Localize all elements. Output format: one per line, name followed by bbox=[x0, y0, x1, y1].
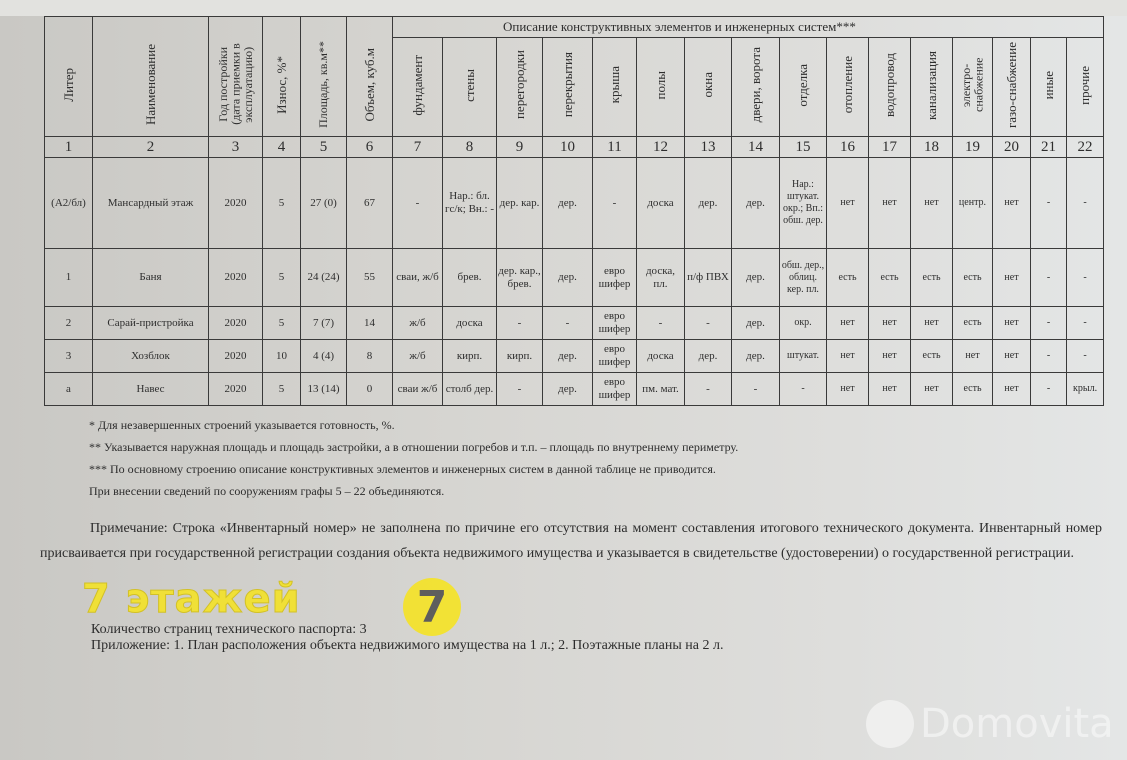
badge-digit: 7 bbox=[417, 582, 448, 633]
column-header-label: Наименование bbox=[143, 44, 159, 125]
table-cell: 1 bbox=[45, 249, 93, 307]
footnotes: * Для незавершенных строений указывается… bbox=[89, 414, 738, 502]
table-row: 2Сарай-пристройка202057 (7)14ж/бдоска--е… bbox=[45, 307, 1104, 340]
table-cell: брев. bbox=[443, 249, 497, 307]
column-number: 11 bbox=[593, 137, 637, 158]
table-cell: 0 bbox=[347, 373, 393, 406]
column-header: Литер bbox=[45, 38, 93, 137]
table-cell: нет bbox=[993, 158, 1031, 249]
table-cell: дер. bbox=[543, 373, 593, 406]
table-cell: есть bbox=[869, 249, 911, 307]
table-cell: - bbox=[497, 307, 543, 340]
column-header: крыша bbox=[593, 38, 637, 137]
table-cell: - bbox=[732, 373, 780, 406]
page-top-edge bbox=[0, 0, 1127, 16]
column-header-label: водопровод bbox=[882, 53, 898, 117]
table-cell: есть bbox=[911, 340, 953, 373]
table-cell: - bbox=[1067, 249, 1104, 307]
column-header: перекрытия bbox=[543, 38, 593, 137]
table-cell: ж/б bbox=[393, 307, 443, 340]
column-header-label: фундамент bbox=[410, 55, 426, 116]
table-cell: - bbox=[1031, 158, 1067, 249]
table-cell: дер. bbox=[543, 158, 593, 249]
table-cell: 55 bbox=[347, 249, 393, 307]
table-cell: нет bbox=[827, 340, 869, 373]
column-header-label: стены bbox=[462, 69, 478, 102]
table-cell: Навес bbox=[93, 373, 209, 406]
page-count: Количество страниц технического паспорта… bbox=[91, 622, 367, 638]
column-number: 6 bbox=[347, 137, 393, 158]
column-header: стены bbox=[443, 38, 497, 137]
column-number: 5 bbox=[301, 137, 347, 158]
table-cell: Хозблок bbox=[93, 340, 209, 373]
table-cell: дер. кар., брев. bbox=[497, 249, 543, 307]
note-paragraph: Примечание: Строка «Инвентарный номер» н… bbox=[40, 516, 1102, 566]
footnote-2: ** Указывается наружная площадь и площад… bbox=[89, 436, 738, 458]
header-spacer bbox=[45, 17, 93, 38]
table-cell: - bbox=[497, 373, 543, 406]
table-cell: Нар.: бл. гс/к; Вн.: - bbox=[443, 158, 497, 249]
table-cell: - bbox=[1067, 307, 1104, 340]
column-header-label: окна bbox=[700, 72, 716, 98]
table-cell: есть bbox=[953, 307, 993, 340]
table-cell: нет bbox=[869, 307, 911, 340]
table-cell: доска bbox=[443, 307, 497, 340]
table-cell: дер. bbox=[543, 249, 593, 307]
table-cell: есть bbox=[911, 249, 953, 307]
table-cell: нет bbox=[993, 373, 1031, 406]
column-header-row: ЛитерНаименованиеГод постройки (дата при… bbox=[45, 38, 1104, 137]
column-number: 12 bbox=[637, 137, 685, 158]
table-cell: центр. bbox=[953, 158, 993, 249]
column-header-label: Износ, %* bbox=[274, 56, 290, 114]
table-cell: доска bbox=[637, 158, 685, 249]
table-cell: 2020 bbox=[209, 373, 263, 406]
table-cell: нет bbox=[993, 249, 1031, 307]
table-cell: - bbox=[1031, 307, 1067, 340]
column-number: 16 bbox=[827, 137, 869, 158]
domovita-text: Domovita bbox=[920, 701, 1114, 747]
column-header-label: прочие bbox=[1077, 66, 1093, 105]
column-header-label: отопление bbox=[840, 56, 856, 113]
column-header: газо-снабжение bbox=[993, 38, 1031, 137]
table-cell: а bbox=[45, 373, 93, 406]
footnote-4: При внесении сведений по сооружениям гра… bbox=[89, 480, 738, 502]
column-header: полы bbox=[637, 38, 685, 137]
table-cell: 24 (24) bbox=[301, 249, 347, 307]
column-header: отопление bbox=[827, 38, 869, 137]
table-cell: нет bbox=[869, 340, 911, 373]
table-cell: нет bbox=[827, 307, 869, 340]
column-header: Износ, %* bbox=[263, 38, 301, 137]
table-row: 3Хозблок2020104 (4)8ж/бкирп.кирп.дер.евр… bbox=[45, 340, 1104, 373]
table-cell: 27 (0) bbox=[301, 158, 347, 249]
watermark-7-badge-icon: 7 bbox=[403, 578, 461, 636]
table-cell: 2020 bbox=[209, 158, 263, 249]
table-cell: евро шифер bbox=[593, 249, 637, 307]
column-number: 1 bbox=[45, 137, 93, 158]
table-cell: дер. bbox=[732, 307, 780, 340]
table-cell: 5 bbox=[263, 158, 301, 249]
column-number: 13 bbox=[685, 137, 732, 158]
header-spacer bbox=[93, 17, 209, 38]
table-cell: 10 bbox=[263, 340, 301, 373]
column-number: 9 bbox=[497, 137, 543, 158]
table-cell: нет bbox=[953, 340, 993, 373]
table-cell: ж/б bbox=[393, 340, 443, 373]
header-spacer bbox=[209, 17, 263, 38]
table-cell: 4 (4) bbox=[301, 340, 347, 373]
column-header-label: иные bbox=[1041, 71, 1057, 99]
column-header: Объем, куб.м bbox=[347, 38, 393, 137]
column-header: водопровод bbox=[869, 38, 911, 137]
table-cell: есть bbox=[953, 373, 993, 406]
column-header-label: полы bbox=[653, 71, 669, 100]
table-cell: нет bbox=[993, 340, 1031, 373]
column-number-row: 12345678910111213141516171819202122 bbox=[45, 137, 1104, 158]
column-header-label: газо-снабжение bbox=[1004, 42, 1020, 128]
table-cell: обш. дер., облиц. кер. пл. bbox=[780, 249, 827, 307]
domovita-logo-icon bbox=[866, 700, 914, 748]
column-number: 4 bbox=[263, 137, 301, 158]
table-cell: - bbox=[1031, 373, 1067, 406]
table-cell: сваи ж/б bbox=[393, 373, 443, 406]
column-header: электро-снабжение bbox=[953, 38, 993, 137]
column-header: Наименование bbox=[93, 38, 209, 137]
table-cell: Мансардный этаж bbox=[93, 158, 209, 249]
group-header-row: Описание конструктивных элементов и инже… bbox=[45, 17, 1104, 38]
table-cell: евро шифер bbox=[593, 340, 637, 373]
table-cell: дер. bbox=[732, 249, 780, 307]
table-cell: - bbox=[685, 373, 732, 406]
column-number: 8 bbox=[443, 137, 497, 158]
column-number: 18 bbox=[911, 137, 953, 158]
table-cell: доска, пл. bbox=[637, 249, 685, 307]
table-cell: 14 bbox=[347, 307, 393, 340]
table-cell: - bbox=[1031, 249, 1067, 307]
group-header: Описание конструктивных элементов и инже… bbox=[393, 17, 1104, 38]
table-cell: 2020 bbox=[209, 307, 263, 340]
table-cell: нет bbox=[911, 307, 953, 340]
table-cell: евро шифер bbox=[593, 373, 637, 406]
table-row: (А2/бл)Мансардный этаж2020527 (0)67-Нар.… bbox=[45, 158, 1104, 249]
column-header-label: Литер bbox=[61, 68, 77, 102]
table-cell: 5 bbox=[263, 373, 301, 406]
table-cell: Баня bbox=[93, 249, 209, 307]
inventory-table: Описание конструктивных элементов и инже… bbox=[44, 16, 1104, 406]
table-cell: нет bbox=[827, 373, 869, 406]
appendix-line: Приложение: 1. План расположения объекта… bbox=[91, 638, 723, 654]
table-cell: дер. bbox=[685, 340, 732, 373]
table-cell: евро шифер bbox=[593, 307, 637, 340]
column-header-label: перегородки bbox=[512, 50, 528, 119]
column-header: прочие bbox=[1067, 38, 1104, 137]
table-cell: 5 bbox=[263, 249, 301, 307]
column-number: 15 bbox=[780, 137, 827, 158]
table-cell: дер. bbox=[685, 158, 732, 249]
column-header-label: перекрытия bbox=[560, 52, 576, 117]
table-cell: - bbox=[593, 158, 637, 249]
column-number: 14 bbox=[732, 137, 780, 158]
table-cell: 2020 bbox=[209, 249, 263, 307]
column-header: иные bbox=[1031, 38, 1067, 137]
table-cell: Сарай-пристройка bbox=[93, 307, 209, 340]
column-number: 2 bbox=[93, 137, 209, 158]
header-spacer bbox=[301, 17, 347, 38]
table-cell: дер. bbox=[732, 158, 780, 249]
table-cell: окр. bbox=[780, 307, 827, 340]
column-header: окна bbox=[685, 38, 732, 137]
column-number: 10 bbox=[543, 137, 593, 158]
column-header: Площадь, кв.м** bbox=[301, 38, 347, 137]
table-cell: - bbox=[1067, 340, 1104, 373]
column-header: двери, ворота bbox=[732, 38, 780, 137]
table-cell: - bbox=[393, 158, 443, 249]
column-number: 22 bbox=[1067, 137, 1104, 158]
table-cell: Нар.: штукат. окр.; Вп.: обш. дер. bbox=[780, 158, 827, 249]
column-header: Год постройки (дата приемки в эксплуатац… bbox=[209, 38, 263, 137]
column-header-label: электро-снабжение bbox=[960, 39, 985, 131]
table-cell: сваи, ж/б bbox=[393, 249, 443, 307]
table-cell: нет bbox=[869, 158, 911, 249]
column-header: отделка bbox=[780, 38, 827, 137]
table-cell: - bbox=[543, 307, 593, 340]
column-header: канализация bbox=[911, 38, 953, 137]
table-cell: - bbox=[1031, 340, 1067, 373]
table-cell: дер. bbox=[543, 340, 593, 373]
table-cell: нет bbox=[911, 158, 953, 249]
column-header-label: крыша bbox=[607, 66, 623, 103]
table-cell: 8 bbox=[347, 340, 393, 373]
watermark-7-floors: 7 этажей bbox=[82, 576, 301, 622]
table-cell: 13 (14) bbox=[301, 373, 347, 406]
column-header-label: Площадь, кв.м** bbox=[317, 41, 330, 128]
table-cell: крыл. bbox=[1067, 373, 1104, 406]
column-number: 20 bbox=[993, 137, 1031, 158]
column-header-label: канализация bbox=[924, 51, 940, 120]
table-row: аНавес2020513 (14)0сваи ж/бстолб дер.-де… bbox=[45, 373, 1104, 406]
column-header-label: Объем, куб.м bbox=[362, 48, 378, 121]
table-cell: - bbox=[780, 373, 827, 406]
domovita-watermark: Domovita bbox=[866, 700, 1114, 748]
table-cell: 2 bbox=[45, 307, 93, 340]
table-cell: нет bbox=[869, 373, 911, 406]
table-cell: 67 bbox=[347, 158, 393, 249]
table-cell: 3 bbox=[45, 340, 93, 373]
column-number: 7 bbox=[393, 137, 443, 158]
table-cell: 2020 bbox=[209, 340, 263, 373]
table-cell: столб дер. bbox=[443, 373, 497, 406]
table-cell: есть bbox=[827, 249, 869, 307]
column-header-label: Год постройки (дата приемки в эксплуатац… bbox=[217, 36, 255, 133]
table-cell: (А2/бл) bbox=[45, 158, 93, 249]
table-cell: дер. bbox=[732, 340, 780, 373]
table-cell: п/ф ПВХ bbox=[685, 249, 732, 307]
table-cell: - bbox=[685, 307, 732, 340]
table-cell: доска bbox=[637, 340, 685, 373]
table-cell: кирп. bbox=[497, 340, 543, 373]
column-number: 19 bbox=[953, 137, 993, 158]
column-number: 21 bbox=[1031, 137, 1067, 158]
footnote-1: * Для незавершенных строений указывается… bbox=[89, 414, 738, 436]
table-cell: кирп. bbox=[443, 340, 497, 373]
table-cell: 7 (7) bbox=[301, 307, 347, 340]
table-cell: штукат. bbox=[780, 340, 827, 373]
table-cell: пм. мат. bbox=[637, 373, 685, 406]
table-cell: нет bbox=[827, 158, 869, 249]
table-cell: нет bbox=[911, 373, 953, 406]
table-cell: - bbox=[1067, 158, 1104, 249]
header-spacer bbox=[263, 17, 301, 38]
column-header-label: отделка bbox=[795, 64, 811, 107]
footnote-3: *** По основному строению описание конст… bbox=[89, 458, 738, 480]
column-header: перегородки bbox=[497, 38, 543, 137]
column-header-label: двери, ворота bbox=[748, 47, 764, 122]
column-number: 3 bbox=[209, 137, 263, 158]
table-cell: есть bbox=[953, 249, 993, 307]
column-header: фундамент bbox=[393, 38, 443, 137]
table-cell: нет bbox=[993, 307, 1031, 340]
table-cell: - bbox=[637, 307, 685, 340]
table-row: 1Баня2020524 (24)55сваи, ж/ббрев.дер. ка… bbox=[45, 249, 1104, 307]
table-cell: дер. кар. bbox=[497, 158, 543, 249]
header-spacer bbox=[347, 17, 393, 38]
table-cell: 5 bbox=[263, 307, 301, 340]
column-number: 17 bbox=[869, 137, 911, 158]
